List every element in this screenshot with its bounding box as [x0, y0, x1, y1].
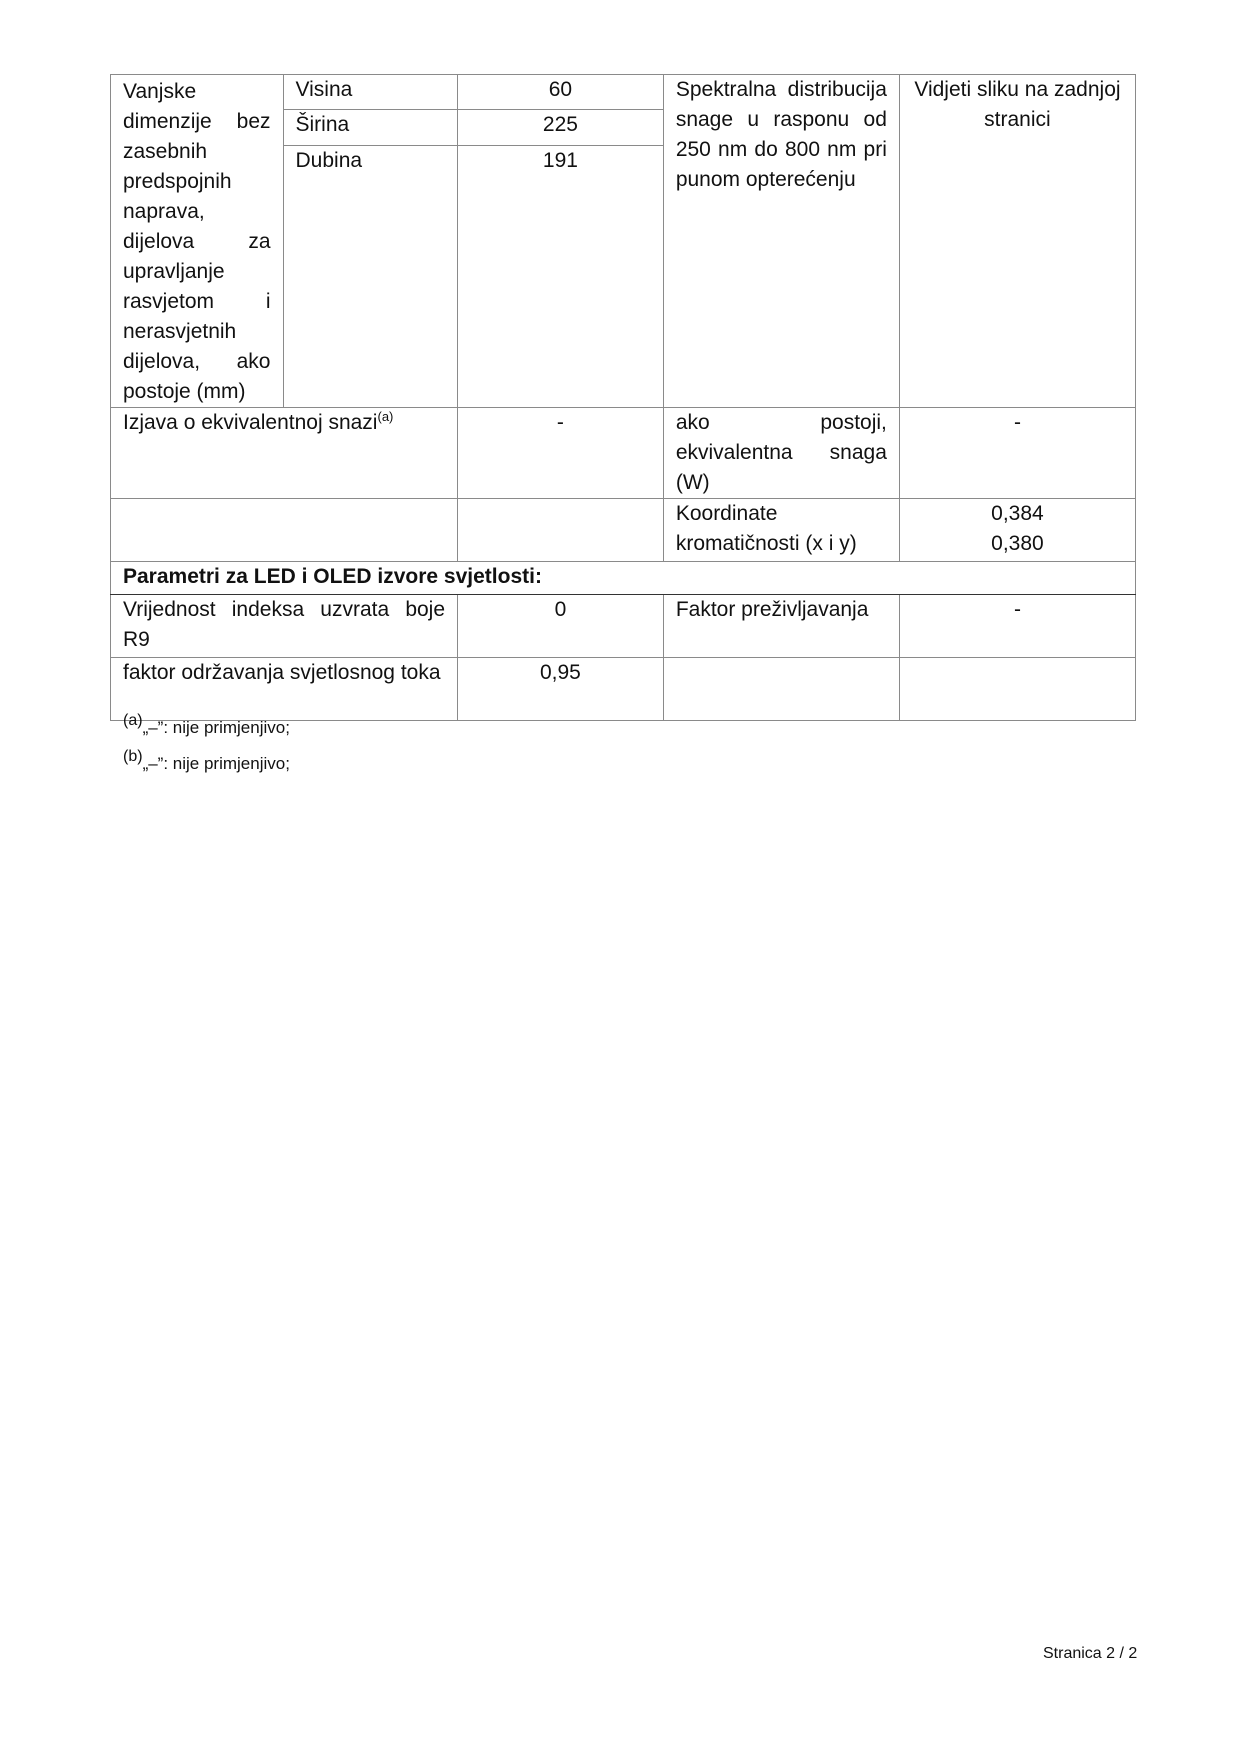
- product-info-table: Vanjske dimenzije bez zasebnih predspojn…: [110, 74, 1136, 721]
- equivalent-power-label: ako postoji, ekvivalentna snaga (W): [663, 408, 899, 499]
- table-row: Vanjske dimenzije bez zasebnih predspojn…: [111, 75, 1136, 110]
- dimension-value: 225: [458, 110, 664, 145]
- dimension-value: 191: [458, 145, 664, 407]
- spectral-label: Spektralna distribucija snage u rasponu …: [663, 75, 899, 408]
- equivalent-power-value: -: [899, 408, 1135, 499]
- equivalent-value: -: [458, 408, 664, 499]
- survival-factor-value: -: [899, 595, 1135, 658]
- empty-cell: [899, 658, 1135, 721]
- table-row: Parametri za LED i OLED izvore svjetlost…: [111, 562, 1136, 595]
- empty-cell: [458, 499, 664, 562]
- document-page: Vanjske dimenzije bez zasebnih predspojn…: [0, 0, 1241, 1754]
- survival-factor-label: Faktor preživljavanja: [663, 595, 899, 658]
- table-row: Vrijednost indeksa uzvrata boje R9 0 Fak…: [111, 595, 1136, 658]
- empty-cell: [111, 499, 458, 562]
- footnotes: (a)„–”: nije primjenjivo; (b)„–”: nije p…: [123, 710, 290, 782]
- equivalent-label: Izjava o ekvivalentnoj snazi(a): [111, 408, 458, 499]
- footnote: (a)„–”: nije primjenjivo;: [123, 710, 290, 746]
- led-section-title: Parametri za LED i OLED izvore svjetlost…: [111, 562, 1136, 595]
- spectral-value: Vidjeti sliku na zadnjoj stranici: [899, 75, 1135, 408]
- dimension-name: Širina: [283, 110, 458, 145]
- r9-label: Vrijednost indeksa uzvrata boje R9: [111, 595, 458, 658]
- dimension-name: Visina: [283, 75, 458, 110]
- maintenance-value: 0,95: [458, 658, 664, 721]
- chromaticity-values: 0,3840,380: [899, 499, 1135, 562]
- table-row: Izjava o ekvivalentnoj snazi(a) - ako po…: [111, 408, 1136, 499]
- page-number: Stranica 2 / 2: [1043, 1645, 1137, 1663]
- r9-value: 0: [458, 595, 664, 658]
- dimension-name: Dubina: [283, 145, 458, 407]
- empty-cell: [663, 658, 899, 721]
- dimension-value: 60: [458, 75, 664, 110]
- chromaticity-label: Koordinate kromatičnosti (x i y): [663, 499, 899, 562]
- dimensions-label: Vanjske dimenzije bez zasebnih predspojn…: [111, 75, 284, 408]
- footnote: (b)„–”: nije primjenjivo;: [123, 746, 290, 782]
- table-row: Koordinate kromatičnosti (x i y) 0,3840,…: [111, 499, 1136, 562]
